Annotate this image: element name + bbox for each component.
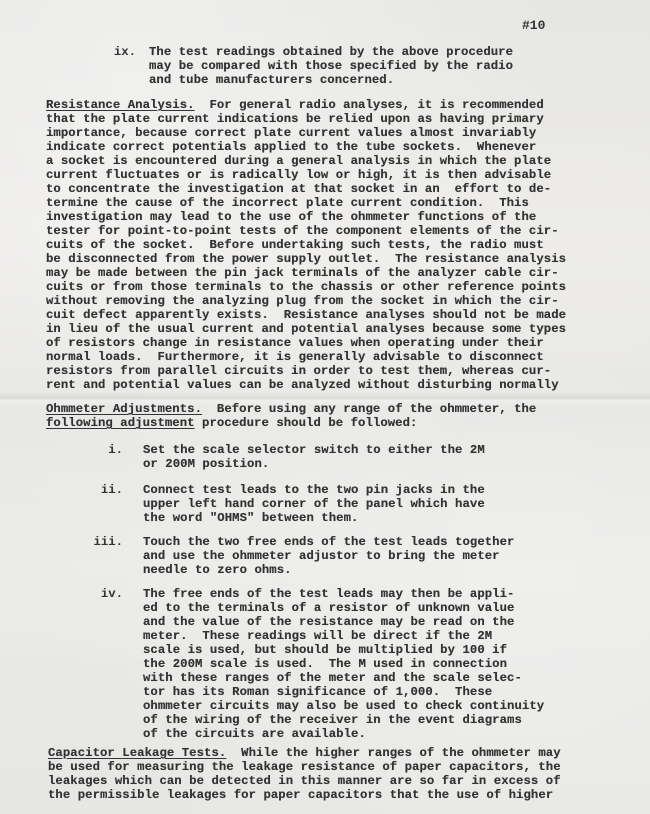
step-line: meter. These readings will be direct if … [143, 629, 492, 643]
step-line: needle to zero ohms. [143, 563, 292, 577]
paragraph-line: be used for measuring the leakage resist… [48, 760, 561, 774]
paragraph-line: current fluctuates or is radically low o… [46, 168, 551, 182]
paragraph-line: may be made between the pin jack termina… [46, 266, 559, 280]
paragraph-line: leakages which can be detected in this m… [48, 774, 561, 788]
ohmmeter-adjustments-first-line: Ohmmeter Adjustments. Before using any r… [46, 402, 536, 416]
step-line: of the circuits are available. [143, 727, 366, 741]
step-line: with these ranges of the meter and the s… [143, 671, 522, 685]
paragraph-line: to concentrate the investigation at that… [46, 182, 551, 196]
paragraph-line: importance, because correct plate curren… [46, 126, 536, 140]
paragraph-line: indicate correct potentials applied to t… [46, 140, 536, 154]
item-ix-line: The test readings obtained by the above … [149, 45, 513, 59]
paragraph-text: procedure should be followed: [195, 416, 418, 430]
item-ix-line: and tube manufacturers concerned. [149, 73, 394, 87]
paragraph-text: While the higher ranges of the ohmmeter … [226, 746, 560, 760]
paragraph-line: the permissible leakages for paper capac… [48, 788, 553, 802]
resistance-analysis-paragraph-first-line: Resistance Analysis. For general radio a… [46, 98, 544, 112]
typewritten-page: #10 ix. The test readings obtained by th… [0, 0, 650, 814]
step-line: ed to the terminals of a resistor of unk… [143, 601, 514, 615]
step-line: the 200M scale is used. The M used in co… [143, 657, 507, 671]
step-line: and the value of the resistance may be r… [143, 615, 514, 629]
step-line: Set the scale selector switch to either … [143, 443, 485, 457]
step-number: ii. [83, 483, 123, 497]
paragraph-line: without removing the analyzing plug from… [46, 294, 559, 308]
paragraph-line: resistors from parallel circuits in orde… [46, 364, 551, 378]
paragraph-line: rent and potential values can be analyze… [46, 378, 559, 392]
paragraph-text: For general radio analyses, it is recomm… [195, 98, 544, 112]
step-line: of the wiring of the receiver in the eve… [143, 713, 522, 727]
step-number: iv. [83, 587, 123, 601]
step-line: The free ends of the test leads may then… [143, 587, 514, 601]
item-ix-line: may be compared with those specified by … [149, 59, 513, 73]
ohmmeter-adjustments-heading-continued: following adjustment [46, 416, 195, 430]
step-line: Touch the two free ends of the test lead… [143, 535, 514, 549]
step-line: scale is used, but should be multiplied … [143, 643, 507, 657]
resistance-analysis-heading: Resistance Analysis. [46, 98, 195, 112]
step-line: ohmmeter circuits may also be used to ch… [143, 699, 544, 713]
step-line: Connect test leads to the two pin jacks … [143, 483, 485, 497]
paragraph-line: cuit defect apparently exists. Resistanc… [46, 308, 566, 322]
paragraph-line: investigation may lead to the use of the… [46, 210, 536, 224]
paragraph-line: that the plate current indications be re… [46, 112, 544, 126]
step-line: upper left hand corner of the panel whic… [143, 497, 485, 511]
paragraph-text: Before using any range of the ohmmeter, … [202, 402, 536, 416]
page-number: #10 [522, 18, 545, 33]
capacitor-leakage-heading: Capacitor Leakage Tests. [48, 746, 226, 760]
step-number: iii. [83, 535, 123, 549]
paragraph-line: of resistors change in resistance values… [46, 336, 544, 350]
capacitor-leakage-first-line: Capacitor Leakage Tests. While the highe… [48, 746, 561, 760]
step-number: i. [83, 443, 123, 457]
ohmmeter-adjustments-second-line: following adjustment procedure should be… [46, 416, 417, 430]
paragraph-line: cuits or from those terminals to the cha… [46, 280, 566, 294]
paragraph-line: in lieu of the usual current and potenti… [46, 322, 566, 336]
item-ix-number: ix. [96, 45, 136, 59]
step-line: or 200M position. [143, 457, 269, 471]
ohmmeter-adjustments-heading: Ohmmeter Adjustments. [46, 402, 202, 416]
step-line: and use the ohmmeter adjustor to bring t… [143, 549, 500, 563]
step-line: the word "OHMS" between them. [143, 511, 358, 525]
paragraph-line: termine the cause of the incorrect plate… [46, 196, 529, 210]
paragraph-line: be disconnected from the power supply ou… [46, 252, 566, 266]
paragraph-line: cuits of the socket. Before undertaking … [46, 238, 544, 252]
paragraph-line: normal loads. Furthermore, it is general… [46, 350, 544, 364]
paragraph-line: tester for point-to-point tests of the c… [46, 224, 559, 238]
step-line: tor has its Roman significance of 1,000.… [143, 685, 492, 699]
paragraph-line: a socket is encountered during a general… [46, 154, 551, 168]
